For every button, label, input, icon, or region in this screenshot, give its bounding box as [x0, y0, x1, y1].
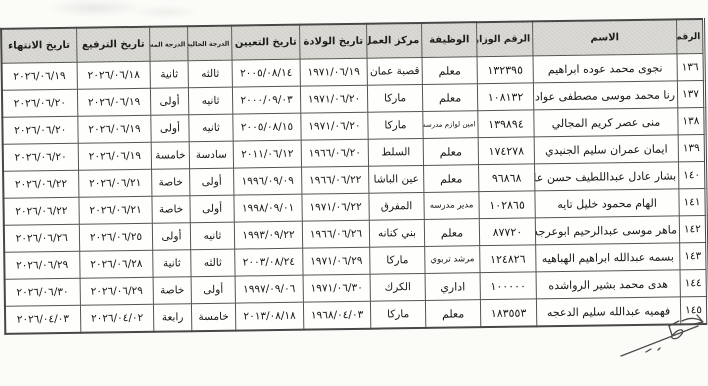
cell-end-date: ٢٠٢٦/٠٦/٢٢ [3, 197, 79, 225]
cell-birth-date: ١٩٦٦/٠٦/٢٠ [301, 139, 368, 167]
cell-current-grade: أولى [190, 195, 234, 223]
cell-name: ماهر موسى عبدالرحيم ابوعرجه [535, 216, 679, 245]
cell-hire-date: ١٩٩٧/٠٩/٠٦ [235, 275, 303, 303]
cell-serial: ١٣٩ [678, 135, 705, 162]
cell-ministry-no: ١٠٠٠٠٠ [480, 272, 536, 300]
cell-name: منى عصر كريم المجالي [534, 108, 678, 137]
cell-serial: ١٤٣ [680, 242, 707, 269]
cell-name: بسمه عبدالله ابراهيم الهباهيه [536, 243, 680, 272]
cell-birth-date: ١٩٦٨/٠٤/٠٣ [303, 301, 370, 329]
col-header-end-date: تاريخ الانتهاء [1, 28, 77, 64]
cell-work-center: قصبة عمان [367, 57, 422, 85]
cell-current-grade: أولى [191, 276, 235, 304]
cell-due-grade: خامسة [151, 142, 189, 170]
cell-name: نجوى محمد عوده ابراهيم [533, 54, 677, 83]
cell-due-grade: خاصة [152, 196, 190, 224]
cell-ministry-no: ١٠٢٨٦٥ [479, 191, 535, 219]
cell-birth-date: ١٩٧١/٠٦/٢٠ [301, 112, 368, 140]
col-header-promotion-date: تاريخ الترفيع [77, 27, 150, 63]
cell-end-date: ٢٠٢٦/٠٦/٢٠ [2, 143, 78, 171]
cell-serial: ١٤١ [679, 189, 706, 216]
col-header-work-center: مركز العمل [367, 23, 422, 58]
cell-hire-date: ٢٠١١/٠٦/١٢ [233, 140, 301, 168]
scan-tilt-wrapper: الرقم الاسم الرقم الوزاري الوظيفة مركز ا… [2, 18, 708, 335]
cell-end-date: ٢٠٢٦/٠٦/٣٠ [4, 278, 80, 306]
cell-promotion-date: ٢٠٢٦/٠٦/١٩ [78, 142, 151, 170]
col-header-name: الاسم [533, 19, 677, 56]
cell-birth-date: ١٩٧١/٠٦/١٩ [300, 58, 367, 86]
cell-job: معلم [423, 138, 478, 166]
cell-current-grade: أولى [190, 168, 234, 196]
cell-end-date: ٢٠٢٦/٠٦/٢٠ [1, 89, 77, 117]
col-header-due-grade: الدرجة المستحقة [150, 26, 188, 61]
cell-hire-date: ٢٠٠٠/٠٩/٠٣ [232, 86, 300, 114]
promotion-roster-table: الرقم الاسم الرقم الوزاري الوظيفة مركز ا… [0, 18, 708, 335]
cell-hire-date: ٢٠١٣/٠٨/١٨ [235, 302, 303, 330]
cell-due-grade: أولى [151, 115, 189, 143]
cell-job: مدير مدرسه [424, 192, 479, 220]
cell-promotion-date: ٢٠٢٦/٠٦/٢١ [79, 196, 152, 224]
col-header-current-grade: الدرجة الحالية [188, 26, 232, 61]
cell-job: معلم [425, 300, 480, 328]
cell-current-grade: خامسة [191, 303, 235, 331]
cell-serial: ١٣٧ [677, 81, 704, 108]
cell-work-center: السلط [368, 138, 423, 166]
cell-work-center: المفرق [369, 192, 424, 220]
cell-end-date: ٢٠٢٦/٠٦/٢٩ [4, 251, 80, 279]
cell-hire-date: ١٩٩٣/٠٩/٢٢ [234, 221, 302, 249]
col-header-ministry-no: الرقم الوزاري [477, 21, 533, 56]
cell-work-center: ماركا [367, 84, 422, 112]
cell-ministry-no: ١٨٣٥٥٣ [480, 299, 536, 327]
cell-due-grade: خاصة [153, 277, 191, 305]
cell-due-grade: رابعة [153, 304, 191, 332]
cell-current-grade: ثانيه [189, 114, 233, 142]
cell-hire-date: ١٩٩٨/٠٩/٠١ [234, 194, 302, 222]
cell-work-center: ماركا [370, 246, 425, 274]
cell-ministry-no: ١٣٩٨٩٤ [478, 110, 534, 138]
cell-due-grade: أولى [150, 88, 188, 116]
cell-name: ايمان عمران سليم الجنيدي [534, 135, 678, 164]
cell-name: هدى محمد بشير الرواشده [536, 270, 680, 299]
col-header-hire-date: تاريخ التعيين [232, 25, 300, 60]
cell-current-grade: ثانيه [188, 87, 232, 115]
cell-serial: ١٤٢ [679, 216, 706, 243]
cell-birth-date: ١٩٧١/٠٦/٢٢ [302, 193, 369, 221]
cell-birth-date: ١٩٦٦/٠٦/٢٢ [302, 166, 369, 194]
cell-name: رنا محمد موسى مصطفى عواد [533, 81, 677, 110]
cell-hire-date: ١٩٩٦/٠٩/٠٩ [234, 167, 302, 195]
cell-serial: ١٤٤ [680, 269, 707, 296]
cell-job: اداري [425, 273, 480, 301]
cell-hire-date: ٢٠٠٥/٠٨/١٤ [232, 59, 300, 87]
col-header-job: الوظيفة [422, 22, 477, 57]
cell-ministry-no: ١٣٢٣٩٥ [477, 56, 533, 84]
cell-end-date: ٢٠٢٦/٠٦/٢٢ [3, 170, 79, 198]
cell-work-center: بني كنانه [369, 219, 424, 247]
col-header-birth-date: تاريخ الولادة [300, 24, 367, 59]
scanned-page: الرقم الاسم الرقم الوزاري الوظيفة مركز ا… [0, 0, 708, 386]
table-body: ١٣٦ نجوى محمد عوده ابراهيم ١٣٢٣٩٥ معلم ق… [1, 54, 708, 334]
cell-job: امين لوازم مدرسه [423, 111, 478, 139]
cell-due-grade: ثانية [153, 250, 191, 278]
cell-end-date: ٢٠٢٦/٠٦/١٩ [1, 62, 77, 90]
cell-birth-date: ١٩٦٦/٠٦/٢٦ [302, 220, 369, 248]
cell-due-grade: خاصة [152, 169, 190, 197]
cell-serial: ١٤٠ [679, 162, 706, 189]
cell-end-date: ٢٠٢٦/٠٦/٢٠ [2, 116, 78, 144]
cell-current-grade: ثالثه [188, 60, 232, 88]
cell-ministry-no: ٨٧٧٢٠ [479, 218, 535, 246]
cell-job: معلم [422, 84, 477, 112]
cell-job: معلم [422, 57, 477, 85]
cell-current-grade: ثالثه [191, 249, 235, 277]
cell-ministry-no: ١٢٤٨٢٦ [480, 245, 536, 273]
cell-ministry-no: ٩٦٨٦٨ [479, 164, 535, 192]
cell-promotion-date: ٢٠٢٦/٠٦/١٩ [77, 88, 150, 116]
cell-promotion-date: ٢٠٢٦/٠٦/٢٥ [79, 223, 152, 251]
cell-job: معلم [424, 165, 479, 193]
col-header-serial: الرقم [677, 19, 704, 54]
cell-work-center: ماركا [370, 300, 425, 328]
cell-due-grade: أولى [152, 223, 190, 251]
signature-scribble [618, 314, 706, 362]
cell-name: الهام محمود خليل تايه [535, 189, 679, 218]
cell-serial: ١٣٦ [677, 54, 704, 81]
cell-hire-date: ٢٠٠٥/٠٨/١٥ [233, 113, 301, 141]
cell-ministry-no: ١٧٤٢٧٨ [478, 137, 534, 165]
cell-hire-date: ٢٠٠٣/٠٨/٢٤ [235, 248, 303, 276]
cell-end-date: ٢٠٢٦/٠٦/٢٦ [3, 224, 79, 252]
cell-promotion-date: ٢٠٢٦/٠٦/٢٩ [80, 277, 153, 305]
cell-promotion-date: ٢٠٢٦/٠٦/١٨ [77, 61, 150, 89]
cell-promotion-date: ٢٠٢٦/٠٤/٠٢ [80, 304, 153, 333]
cell-job: مرشد تربوي [425, 246, 480, 274]
cell-birth-date: ١٩٧١/٠٦/٢٩ [303, 247, 370, 275]
cell-current-grade: ثانيه [190, 222, 234, 250]
cell-job: معلم [424, 219, 479, 247]
cell-promotion-date: ٢٠٢٦/٠٦/١٩ [78, 115, 151, 143]
cell-work-center: ماركا [368, 111, 423, 139]
cell-birth-date: ١٩٧١/٠٦/٣٠ [303, 274, 370, 302]
cell-promotion-date: ٢٠٢٦/٠٦/٢١ [79, 169, 152, 197]
cell-birth-date: ١٩٧١/٠٦/٢٠ [300, 85, 367, 113]
cell-serial: ١٣٨ [678, 108, 705, 135]
cell-promotion-date: ٢٠٢٦/٠٦/٢٨ [80, 250, 153, 278]
cell-end-date: ٢٠٢٦/٠٤/٠٣ [4, 305, 80, 334]
cell-ministry-no: ١٠٨١٣٢ [477, 83, 533, 111]
cell-work-center: عين الباشا [369, 165, 424, 193]
cell-due-grade: ثانية [150, 61, 188, 89]
cell-current-grade: سادسة [189, 141, 233, 169]
cell-name: بشار عادل عبداللطيف حسن علي [535, 162, 679, 191]
cell-work-center: الكرك [370, 273, 425, 301]
